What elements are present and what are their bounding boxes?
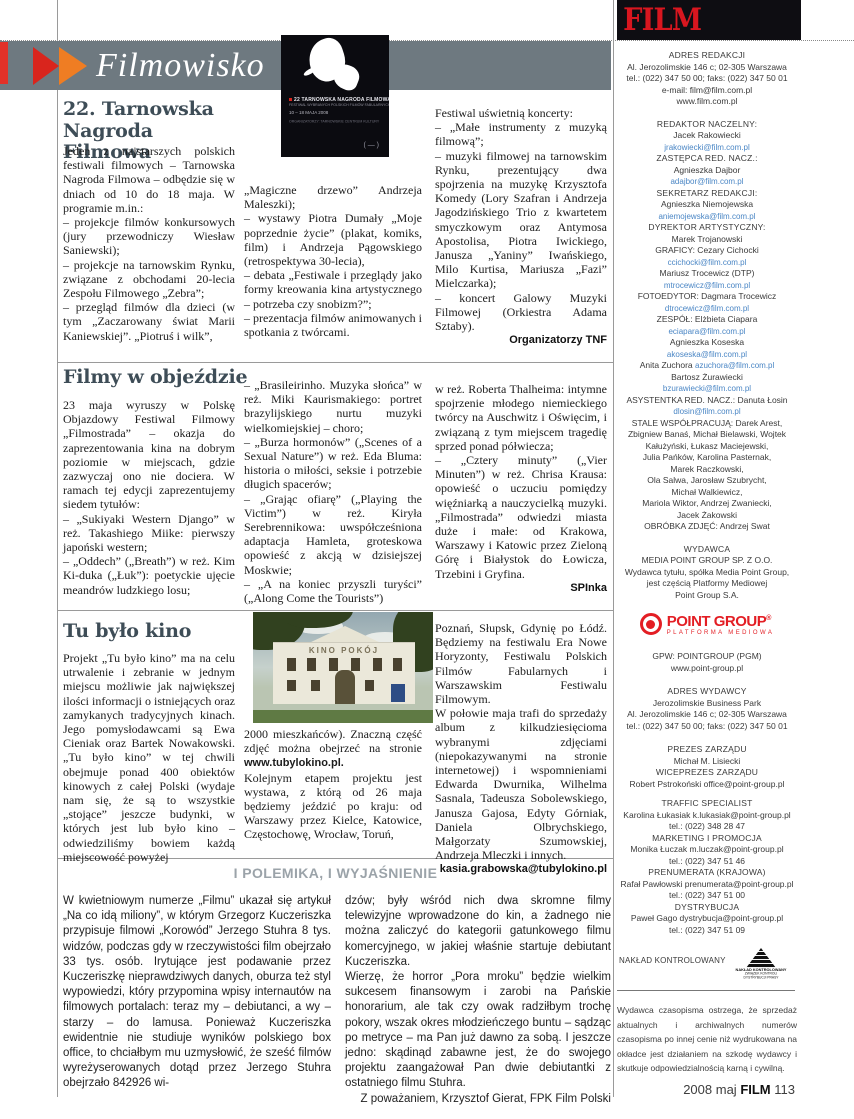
magazine-page: Filmowisko 22. Tarnowska Nagroda Filmowa… [0,0,854,1119]
masthead-line: Jerozolimskie Business Park [617,698,797,710]
masthead-line: tel.: (022) 347 51 46 [617,856,797,868]
masthead-line: tel.: (022) 347 51 09 [617,925,797,937]
page-number: 113 [774,1082,795,1097]
masthead-line: tel.: (022) 347 51 00 [617,890,797,902]
cinema-building: KINO POKÓJ [273,642,415,704]
cinema-door [335,670,355,704]
masthead-line: Ola Salwa, Jarosław Szubrycht, [617,475,797,487]
masthead-line: Monika Łuczak m.luczak@point-group.pl [617,844,797,856]
body-paragraph: Wierzę, że horror „Pora mroku” będzie wi… [345,970,611,1092]
masthead-line: Julia Pańków, Karolina Pasternak, [617,452,797,464]
publisher-disclaimer: Wydawca czasopisma ostrzega, że sprzedaż… [617,1003,797,1076]
masthead-line: Point Group S.A. [617,590,797,602]
naklad-label: NAKŁAD KONTROLOWANY [619,956,726,965]
body-paragraph: – przegląd filmów dla dzieci (w tym „Zac… [63,300,235,343]
body-paragraph: Jeden z najstarszych polskich festiwali … [63,144,235,215]
masthead-line: Anita Zuchora [640,360,693,370]
body-paragraph: 2000 mieszkańców). Znaczną część zdjęć m… [244,727,422,771]
body-paragraph: – „Sukiyaki Western Django” w reż. Takas… [63,512,235,555]
email-link[interactable]: jrakowiecki@film.com.pl [617,142,797,154]
body-paragraph: – prezentacja filmów animowanych i spotk… [244,311,422,339]
masthead-line: OBRÓBKA ZDJĘĆ: Andrzej Swat [617,521,797,533]
masthead-line: Al. Jerozolimskie 146 c; 02-305 Warszawa [617,709,797,721]
poster-mark: ( — ) [363,142,379,149]
body-paragraph: W połowie maja trafi do sprzedaży album … [435,706,607,862]
cinema-sign: KINO POKÓJ [273,646,415,655]
masthead-gpw: GPW: POINTGROUP (PGM) www.point-group.pl [617,651,797,674]
pointgroup-tagline: PLATFORMA MEDIOWA [667,629,774,637]
masthead-header: WYDAWCA [617,544,797,556]
body-paragraph: „Magiczne drzewo” Andrzeja Maleszki); [244,183,422,211]
article-column: Festiwal uświetnią koncerty: – „Małe ins… [435,106,607,348]
pointgroup-core [646,620,655,629]
masthead-line: Marek Raczkowski, [617,464,797,476]
zkdp-line: ZWIĄZEK KONTROLI DYSTRYBUCJI PRASY [735,972,787,980]
window [329,658,338,671]
masthead-header: ADRES REDAKCJI [617,50,797,62]
body-paragraph: – debata „Festiwale i przeglądy jako for… [244,268,422,311]
registered-mark: ® [766,615,771,622]
masthead-line: Al. Jerozolimskie 146 c; 02-305 Warszawa [617,62,797,74]
article-title: Filmy w objeździe [63,367,263,389]
zkdp-logo: NAKŁAD KONTROLOWANY ZWIĄZEK KONTROLI DYS… [735,948,787,990]
masthead-staff: REDAKTOR NACZELNY: Jacek Rakowiecki jrak… [617,119,797,533]
masthead-line: STALE WSPÓŁPRACUJĄ: Darek Arest, [617,418,797,430]
body-paragraph: Projekt „Tu było kino” ma na celu utrwal… [63,651,235,864]
body-paragraph: dzów; były wśród nich dwa skromne filmy … [345,894,611,970]
email-link[interactable]: eciapara@film.com.pl [668,327,745,336]
article-objazd: Filmy w objeździe 23 maja wyruszy w Pols… [58,365,613,610]
masthead-header: PRENUMERATA (KRAJOWA) [617,867,797,879]
article-title: I POLEMIKA, I WYJAŚNIENIE [58,865,613,881]
masthead-line: MEDIA POINT GROUP SP. Z O.O. [617,555,797,567]
body-paragraph: W kwietniowym numerze „Filmu” ukazał się… [63,894,331,1092]
article-polemika: I POLEMIKA, I WYJAŚNIENIE W kwietniowym … [58,858,613,1097]
masthead-line: GPW: POINTGROUP (PGM) [617,651,797,663]
masthead-line: Mariusz Trocewicz (DTP) [617,268,797,280]
email-link[interactable]: adajbor@film.com.pl [617,176,797,188]
body-paragraph: Festiwal uświetnią koncerty: [435,106,607,120]
body-paragraph: – „Oddech” („Breath”) w reż. Kim Ki-duka… [63,554,235,597]
masthead-header: SEKRETARZ REDAKCJI: [617,188,797,200]
email-link[interactable]: bzurawiecki@film.com.pl [617,383,797,395]
poster-title: 22 TARNOWSKA NAGRODA FILMOWA [294,97,389,103]
body-paragraph: w reż. Roberta Thalheima: intymne spojrz… [435,382,607,453]
article-column: Poznań, Słupsk, Gdynię po Łódź. Będziemy… [435,621,607,877]
masthead-line: Agnieszka Koseska [617,337,797,349]
masthead-line: Robert Pstrokoński office@point-group.pl [617,779,797,791]
masthead-header: PREZES ZARZĄDU [617,744,797,756]
website-link[interactable]: www.tubylokino.pl. [244,757,344,769]
blue-door [391,684,405,702]
masthead-address: ADRES REDAKCJI Al. Jerozolimskie 146 c; … [617,50,797,108]
body-paragraph: – koncert Galowy Muzyki Filmowej (Orkies… [435,291,607,334]
masthead-publisher-address: ADRES WYDAWCY Jerozolimskie Business Par… [617,686,797,732]
page-footer: 2008 maj FILM 113 [617,1082,795,1097]
masthead-line: Zbigniew Banaś, Michał Bielawski, Wojtek [617,429,797,441]
masthead-line: Agnieszka Niemojewska [617,199,797,211]
article-column: dzów; były wśród nich dwa skromne filmy … [345,894,611,1107]
masthead-line: jest częścią Platformy Mediowej [617,578,797,590]
article-title: Tu było kino [63,621,263,643]
masthead-contacts: TRAFFIC SPECIALIST Karolina Łukasiak k.l… [617,798,797,936]
orange-arrow-icon [59,47,87,85]
window [287,680,296,691]
email-link[interactable]: dtrocewicz@film.com.pl [617,303,797,315]
article-column: – „Brasileirinho. Muzyka słońca” w reż. … [244,378,422,605]
article-column: W kwietniowym numerze „Filmu” ukazał się… [63,894,331,1092]
body-paragraph: – projekcje na tarnowskim Rynku, związan… [63,258,235,301]
article-column: „Magiczne drzewo” Andrzeja Maleszki); – … [244,183,422,339]
masthead-line: Jacek Żakowski [617,510,797,522]
masthead-line: Kałużyński, Łukasz Maciejewski, [617,441,797,453]
masthead-line: tel.: (022) 347 50 00; faks: (022) 347 5… [617,73,797,85]
window [307,658,316,671]
masthead-header: DYSTRYBUCJA [617,902,797,914]
masthead-header: ZASTĘPCA RED. NACZ.: [617,153,797,165]
article-column: 23 maja wyruszy w Polskę Objazdowy Festi… [63,398,235,597]
window [287,658,296,671]
masthead-line: Bartosz Żurawiecki [617,372,797,384]
window [393,658,402,671]
poster-subtitle: FESTIWAL WYBRANYCH POLSKICH FILMÓW FABUL… [289,104,389,108]
poster-bullet [289,98,292,101]
article-column: Projekt „Tu było kino” ma na celu utrwal… [63,651,235,864]
masthead-header: ADRES WYDAWCY [617,686,797,698]
film-logo: FILM [617,0,701,40]
section-divider [58,610,613,611]
masthead-line: GRAFICY: Cezary Cichocki [617,245,797,257]
masthead-header: REDAKTOR NACZELNY: [617,119,797,131]
article-column: w reż. Roberta Thalheima: intymne spojrz… [435,382,607,596]
email-link[interactable]: mtrocewicz@film.com.pl [617,280,797,292]
masthead-line: Michał M. Lisiecki [617,756,797,768]
poster-date: 10 – 18 MAJA 2008 [289,110,389,115]
cinema-photo: KINO POKÓJ [253,612,433,723]
masthead-line: Paweł Gago dystrybucja@point-group.pl [617,913,797,925]
masthead-header: WICEPREZES ZARZĄDU [617,767,797,779]
red-arrow-icon [33,47,59,85]
footer-date: 2008 maj [683,1082,736,1097]
body-paragraph: Poznań, Słupsk, Gdynię po Łódź. Będziemy… [435,621,607,706]
email-link[interactable]: dlosin@film.com.pl [617,406,797,418]
masthead-line: tel.: (022) 347 50 00; faks: (022) 347 5… [617,721,797,733]
film-logo-box: FILM [617,0,801,40]
window [373,658,382,671]
email-link[interactable]: e-mail: film@film.com.pl [617,85,797,97]
masthead-header: TRAFFIC SPECIALIST [617,798,797,810]
masthead-line: Jacek Rakowiecki [617,130,797,142]
article-signature: Z poważaniem, Krzysztof Gierat, FPK Film… [345,1092,611,1107]
masthead-header: DYREKTOR ARTYSTYCZNY: [617,222,797,234]
article-column: Jeden z najstarszych polskich festiwali … [63,144,235,343]
body-paragraph: Kolejnym etapem projektu jest wystawa, z… [244,771,422,842]
pointgroup-ring-icon [640,613,662,635]
poster-credits: ORGANIZATORZY: TARNOWSKIE CENTRUM KULTUR… [289,120,389,124]
body-paragraph: – „A na koniec przyszli turyści” („Along… [244,577,422,605]
building-pediment [309,626,381,643]
zkdp-mountain-icon [744,948,778,968]
masthead-line: ZESPÓŁ: Elżbieta Ciapara [657,314,758,324]
body-paragraph: – „Cztery minuty” („Vier Minuten”) w reż… [435,453,607,581]
body-paragraph: – „Grając ofiarę” („Playing the Victim”)… [244,492,422,577]
body-paragraph: – „Brasileirinho. Muzyka słońca” w reż. … [244,378,422,435]
window [365,680,374,691]
section-divider [58,362,613,363]
pointgroup-wordmark: POINT GROUP® PLATFORMA MEDIOWA [667,611,774,637]
body-paragraph: – muzyki filmowej na tarnowskim Rynku, p… [435,149,607,291]
email-link[interactable]: ccichocki@film.com.pl [617,257,797,269]
masthead-board: PREZES ZARZĄDU Michał M. Lisiecki WICEPR… [617,744,797,790]
masthead-line: ASYSTENTKA RED. NACZ.: Danuta Łosin [617,395,797,407]
grass [253,710,433,723]
masthead-line: FOTOEDYTOR: Dagmara Trocewicz [617,291,797,303]
masthead-line: Karolina Łukasiak k.lukasiak@point-group… [617,810,797,822]
masthead-line: Anita Zuchora azuchora@film.com.pl [617,360,797,372]
pointgroup-logo: POINT GROUP® PLATFORMA MEDIOWA [617,609,797,639]
window [311,680,320,691]
pointgroup-name: POINT GROUP [667,613,767,630]
masthead-line: Rafał Pawłowski prenumerata@point-group.… [617,879,797,891]
article-area: 22. Tarnowska Nagroda Filmowa Jeden z na… [57,0,614,1097]
masthead-line: tel.: (022) 348 28 47 [617,821,797,833]
article-signature: SPInka [435,581,607,596]
body-text: 2000 mieszkańców). Znaczną część zdjęć m… [244,727,422,755]
masthead-line: Michał Walkiewicz, [617,487,797,499]
controlled-circulation: NAKŁAD KONTROLOWANY NAKŁAD KONTROLOWANY … [617,948,797,990]
website-link[interactable]: www.film.com.pl [617,96,797,108]
masthead-line: Wydawca tytułu, spółka Media Point Group… [617,567,797,579]
sidebar-divider [617,990,795,991]
masthead-line: Marek Trojanowski [617,234,797,246]
article-signature: Organizatorzy TNF [435,333,607,348]
page-edge-marker [0,42,8,84]
body-paragraph: – „Małe instrumenty z muzyką filmową”; [435,120,607,148]
email-link[interactable]: azuchora@film.com.pl [695,361,774,370]
section-banner-title: Filmowisko [96,42,265,89]
body-paragraph: – wystawy Piotra Dumały „Moje poprzednie… [244,211,422,268]
festival-poster: 22 TARNOWSKA NAGRODA FILMOWA FESTIWAL WY… [281,35,389,157]
email-link[interactable]: akoseska@film.com.pl [617,349,797,361]
masthead-line: Mariola Wiktor, Andrzej Zwaniecki, [617,498,797,510]
footer-brand: FILM [740,1082,770,1097]
masthead-header: MARKETING I PROMOCJA [617,833,797,845]
website-link[interactable]: www.point-group.pl [617,663,797,675]
window [351,658,360,671]
masthead-publisher: WYDAWCA MEDIA POINT GROUP SP. Z O.O. Wyd… [617,544,797,602]
body-paragraph: 23 maja wyruszy w Polskę Objazdowy Festi… [63,398,235,512]
masthead-line: ZESPÓŁ: Elżbieta Ciapara eciapara@film.c… [617,314,797,337]
masthead: ADRES REDAKCJI Al. Jerozolimskie 146 c; … [617,50,797,990]
poster-text: 22 TARNOWSKA NAGRODA FILMOWA FESTIWAL WY… [289,97,389,124]
masthead-line: Agnieszka Dajbor [617,165,797,177]
body-paragraph: – „Burza hormonów” („Scenes of a Sexual … [244,435,422,492]
zkdp-text: NAKŁAD KONTROLOWANY ZWIĄZEK KONTROLI DYS… [735,968,787,980]
article-column: 2000 mieszkańców). Znaczną część zdjęć m… [244,727,422,842]
email-link[interactable]: aniemojewska@film.com.pl [617,211,797,223]
body-paragraph: – projekcje filmów konkursowych (jury pr… [63,215,235,258]
